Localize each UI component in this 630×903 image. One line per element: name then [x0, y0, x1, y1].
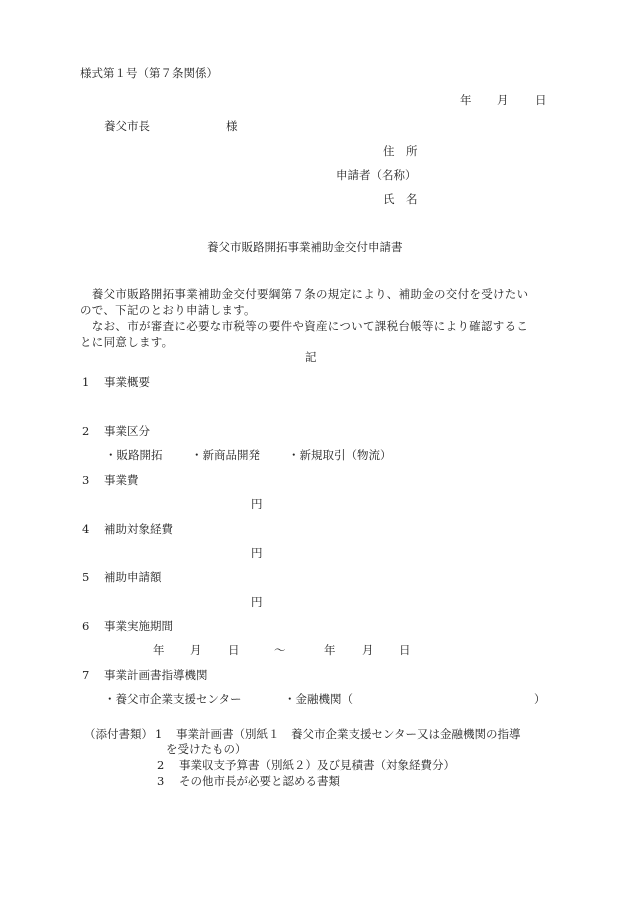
section-3-unit: 円 — [251, 499, 263, 511]
section-5-label: 補助申請額 — [104, 572, 162, 584]
option-shin-shohin: ・新商品開発 — [191, 450, 260, 462]
body-paragraph-2: なお、市が審査に必要な市税等の要件や資産について課税台帳等により確認するこ とに… — [80, 318, 550, 350]
address-label: 住 所 — [383, 146, 418, 158]
option-hanro-kaitaku: ・販路開拓 — [105, 450, 163, 462]
attachment-1-line1: 事業計画書（別紙１ 養父市企業支援センター又は金融機関の指導 — [176, 729, 521, 741]
applicant-label: 申請者（名称） — [336, 170, 417, 182]
section-3-label: 事業費 — [104, 475, 139, 487]
period-end-month: 月 — [362, 645, 374, 657]
name-label: 氏 名 — [383, 194, 418, 206]
section-4-number: 4 — [82, 524, 89, 536]
attachments-label: （添付書類） — [84, 729, 153, 741]
section-1-number: 1 — [82, 377, 89, 389]
period-tilde: ～ — [274, 645, 286, 657]
date-year: 年 — [460, 95, 472, 107]
section-2-label: 事業区分 — [104, 426, 150, 438]
attachment-2-line1: 事業収支予算書（別紙２）及び見積書（対象経費分） — [179, 760, 455, 772]
period-end-day: 日 — [399, 645, 411, 657]
addressee-name: 養父市長 — [104, 121, 150, 133]
section-3-number: 3 — [82, 475, 89, 487]
period-start-month: 月 — [190, 645, 202, 657]
section-5-number: 5 — [82, 572, 89, 584]
section-1-label: 事業概要 — [104, 377, 150, 389]
attachment-1-line2: を受けたもの） — [166, 744, 247, 756]
section-6-number: 6 — [82, 621, 89, 633]
option-kinyu-kikan-close: ） — [534, 694, 546, 706]
section-5-unit: 円 — [251, 597, 263, 609]
attachment-3-number: 3 — [157, 776, 164, 788]
section-4-unit: 円 — [251, 548, 263, 560]
document-title: 養父市販路開拓事業補助金交付申請書 — [207, 242, 403, 254]
body-paragraph-1: 養父市販路開拓事業補助金交付要綱第７条の規定により、補助金の交付を受けたい ので… — [80, 286, 550, 318]
attachment-3-line1: その他市長が必要と認める書類 — [179, 776, 340, 788]
date-day: 日 — [535, 95, 547, 107]
option-kinyu-kikan: ・金融機関（ — [284, 694, 353, 706]
period-start-year: 年 — [153, 645, 165, 657]
date-month: 月 — [497, 95, 509, 107]
period-start-day: 日 — [228, 645, 240, 657]
option-shinki-torihiki: ・新規取引（物流） — [288, 450, 392, 462]
section-7-label: 事業計画書指導機関 — [104, 670, 208, 682]
section-6-label: 事業実施期間 — [104, 621, 173, 633]
section-4-label: 補助対象経費 — [104, 524, 173, 536]
ki-heading: 記 — [305, 352, 317, 364]
option-kigyo-shien-center: ・養父市企業支援センター — [104, 694, 242, 706]
section-7-number: 7 — [82, 670, 89, 682]
period-end-year: 年 — [324, 645, 336, 657]
section-2-number: 2 — [82, 426, 89, 438]
attachment-2-number: 2 — [157, 760, 164, 772]
form-number: 様式第１号（第７条関係） — [80, 68, 218, 80]
addressee-honorific: 様 — [226, 121, 238, 133]
attachment-1-number: 1 — [155, 729, 162, 741]
